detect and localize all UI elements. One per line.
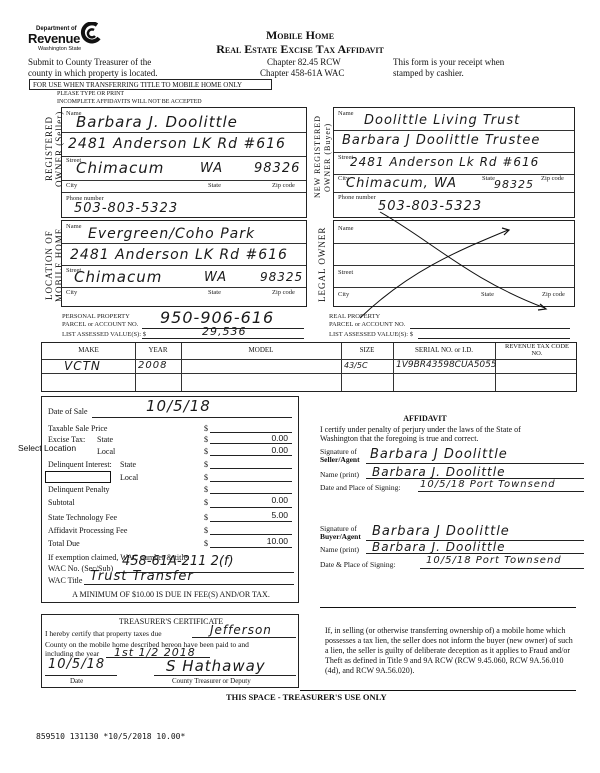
seller-city[interactable]: Chimacum	[76, 159, 164, 177]
seller-state-label: State	[208, 182, 221, 189]
treasurer-certificate: TREASURER'S CERTIFICATE I hereby certify…	[41, 614, 299, 688]
excise-state-label: State	[97, 435, 113, 444]
delinquent-interest-label: Delinquent Interest:	[48, 460, 112, 469]
col-tax-code: REVENUE TAX CODE NO.	[502, 343, 572, 357]
taxable-price-label: Taxable Sale Price	[48, 424, 107, 433]
total-due-label: Total Due	[48, 539, 80, 548]
penalty-dollar: $	[204, 485, 208, 494]
seller-date-place[interactable]: 10/5/18 Port Townsend	[420, 479, 556, 490]
location-select-box[interactable]	[45, 471, 111, 483]
location-city[interactable]: Chimacum	[74, 268, 162, 286]
buyer-name-label: Name	[338, 110, 354, 117]
location-city-label: City	[66, 289, 77, 296]
buyer-print-label: Name (print)	[320, 545, 359, 554]
col-make: MAKE	[42, 346, 135, 354]
total-dollar: $	[204, 539, 208, 548]
total-due-amount[interactable]: 10.00	[222, 536, 288, 546]
buyer-city[interactable]: Chimacum, WA	[346, 176, 457, 191]
receipt-stamp: 859510 131130 *10/5/2018 10.00*	[36, 732, 185, 741]
location-state[interactable]: WA	[204, 270, 227, 285]
cross-out-mark-icon	[300, 190, 560, 330]
tax-box: Date of Sale 10/5/18 Taxable Sale Price …	[41, 396, 299, 603]
treasurer-line1: I hereby certify that property taxes due	[45, 629, 162, 638]
seller-print-name[interactable]: Barbara J. Doolittle	[372, 465, 505, 479]
excise-local-amount[interactable]: 0.00	[222, 445, 288, 455]
seller-print-label: Name (print)	[320, 470, 359, 479]
form-title-1: Mobile Home	[0, 28, 600, 43]
seller-date-label: Date and Place of Signing:	[320, 483, 400, 492]
location-name[interactable]: Evergreen/Coho Park	[88, 226, 255, 242]
tech-fee-label: State Technology Fee	[48, 513, 117, 522]
buyer-print-name[interactable]: Barbara J. Doolittle	[372, 540, 505, 554]
submit-instructions-1: Submit to County Treasurer of the	[28, 57, 151, 67]
delinquent-penalty-label: Delinquent Penalty	[48, 485, 110, 494]
personal-property-label-1: PERSONAL PROPERTY	[62, 313, 130, 320]
buyer-signature[interactable]: Barbara J Doolittle	[372, 524, 510, 539]
affidavit-fee-label: Affidavit Processing Fee	[48, 526, 127, 535]
receipt-note-2: stamped by cashier.	[393, 68, 464, 78]
buyer-date-place[interactable]: 10/5/18 Port Townsend	[426, 555, 562, 566]
location-zip[interactable]: 98325	[260, 270, 303, 284]
form-title-2: Real Estate Excise Tax Affidavit	[0, 42, 600, 57]
buyer-address[interactable]: 2481 Anderson Lk Rd #616	[350, 155, 539, 169]
buyer-name[interactable]: Doolittle Living Trust	[364, 113, 520, 128]
wac-title-label: WAC Title	[48, 576, 82, 585]
date-of-sale[interactable]: 10/5/18	[146, 397, 211, 415]
col-model: MODEL	[181, 346, 341, 354]
taxable-dollar: $	[204, 424, 208, 433]
buyer-date-label: Date & Place of Signing:	[320, 560, 395, 569]
cell-serial[interactable]: 1V9BR43598CUA5055	[396, 360, 497, 370]
subtotal-amount[interactable]: 0.00	[222, 495, 288, 505]
seller-zip[interactable]: 98326	[254, 161, 300, 176]
wac-title[interactable]: Trust Transfer	[90, 569, 194, 584]
buyer-name-2[interactable]: Barbara J Doolittle Trustee	[342, 133, 540, 148]
affidavit-cert-1: I certify under penalty of perjury under…	[320, 425, 521, 434]
real-property-label-1: REAL PROPERTY	[329, 313, 380, 320]
chapter-wac: Chapter 458-61A WAC	[260, 68, 344, 78]
tax-lien-warning: If, in selling (or otherwise transferrin…	[325, 626, 575, 676]
seller-box: Name Barbara J. Doolittle 2481 Anderson …	[61, 107, 307, 218]
seller-zip-label: Zip code	[272, 182, 295, 189]
treasurer-use-only: THIS SPACE - TREASURER'S USE ONLY	[226, 692, 387, 702]
cell-year[interactable]: 2008	[138, 360, 167, 371]
affidavit-title: AFFIDAVIT	[320, 414, 530, 423]
personal-property-label-2: PARCEL or ACCOUNT NO.	[62, 321, 138, 328]
location-name-label: Name	[66, 223, 82, 230]
submit-instructions-2: county in which property is located.	[28, 68, 157, 78]
minimum-notice: A MINIMUM OF $10.00 IS DUE IN FEE(S) AND…	[42, 590, 300, 599]
seller-sig-label-2: Seller/Agent	[320, 455, 360, 464]
treasurer-date-label: Date	[70, 677, 83, 685]
cell-size[interactable]: 43/5C	[344, 361, 368, 370]
excise-state-dollar: $	[204, 435, 208, 444]
treasurer-county[interactable]: Jefferson	[210, 623, 272, 637]
date-of-sale-label: Date of Sale	[48, 407, 88, 416]
seller-signature[interactable]: Barbara J Doolittle	[370, 447, 508, 462]
chapter-rcw: Chapter 82.45 RCW	[267, 57, 341, 67]
please-type: PLEASE TYPE OR PRINT	[57, 91, 124, 97]
delinquent-local-dollar: $	[204, 473, 208, 482]
vehicle-table: MAKE YEAR MODEL SIZE SERIAL NO. or I.D. …	[41, 342, 577, 392]
location-zip-label: Zip code	[272, 289, 295, 296]
seller-address[interactable]: 2481 Anderson LK Rd #616	[68, 136, 286, 152]
affidavit-section: AFFIDAVIT I certify under penalty of per…	[320, 410, 580, 600]
affidavit-fee-dollar: $	[204, 526, 208, 535]
tech-fee-dollar: $	[204, 513, 208, 522]
delinquent-state-dollar: $	[204, 460, 208, 469]
seller-state[interactable]: WA	[200, 161, 223, 176]
wac-no[interactable]: 458-61A-211 2(f)	[122, 554, 234, 569]
excise-local-dollar: $	[204, 447, 208, 456]
treasurer-sig-label: County Treasurer or Deputy	[172, 677, 251, 685]
buyer-sig-label-2: Buyer/Agent	[320, 532, 361, 541]
treasurer-date[interactable]: 10/5/18	[48, 657, 105, 672]
subtotal-dollar: $	[204, 498, 208, 507]
delinquent-state-label: State	[120, 460, 136, 469]
cell-make[interactable]: VCTN	[64, 359, 101, 373]
seller-name[interactable]: Barbara J. Doolittle	[76, 113, 238, 131]
tech-fee-amount[interactable]: 5.00	[222, 510, 288, 520]
col-serial: SERIAL NO. or I.D.	[393, 346, 495, 354]
select-location-label[interactable]: Select Location	[18, 443, 76, 453]
excise-state-amount[interactable]: 0.00	[222, 433, 288, 443]
affidavit-cert-2: Washington that the foregoing is true an…	[320, 434, 478, 443]
delinquent-local-label: Local	[120, 473, 138, 482]
transfer-notice: FOR USE WHEN TRANSFERRING TITLE TO MOBIL…	[29, 79, 272, 90]
col-year: YEAR	[135, 346, 181, 354]
treasurer-signature[interactable]: S Hathaway	[166, 657, 266, 675]
buyer-zip-label: Zip code	[541, 175, 564, 182]
location-box: Name Evergreen/Coho Park 2481 Anderson L…	[61, 220, 307, 307]
rp-assessed-label: LIST ASSESSED VALUE(S): $	[329, 331, 413, 338]
subtotal-label: Subtotal	[48, 498, 75, 507]
seller-city-label: City	[66, 182, 77, 189]
pp-assessed-value[interactable]: 29,536	[202, 325, 247, 338]
seller-phone[interactable]: 503-803-5323	[74, 201, 178, 216]
col-size: SIZE	[341, 346, 393, 354]
location-state-label: State	[208, 289, 221, 296]
location-address[interactable]: 2481 Anderson LK Rd #616	[70, 247, 288, 263]
real-property-label-2: PARCEL or ACCOUNT NO.	[329, 321, 405, 328]
pp-assessed-label: LIST ASSESSED VALUE(S): $	[62, 331, 146, 338]
incomplete-notice: INCOMPLETE AFFIDAVITS WILL NOT BE ACCEPT…	[57, 99, 202, 105]
receipt-note-1: This form is your receipt when	[393, 57, 504, 67]
excise-local-label: Local	[97, 447, 115, 456]
